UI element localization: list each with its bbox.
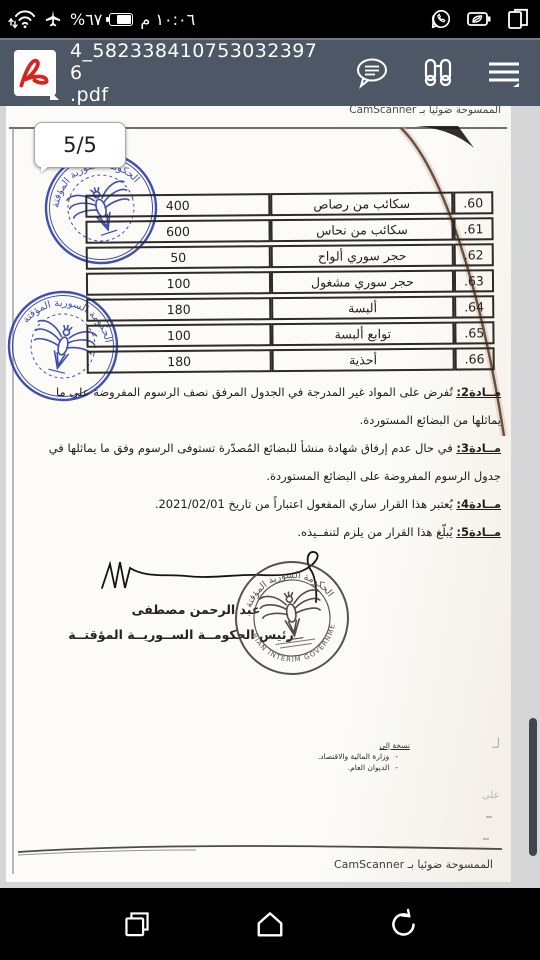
article-label: مــادة2: [456, 385, 501, 399]
status-right-group [430, 7, 540, 31]
item-fee: 600 [85, 219, 270, 244]
table-row: .65 توابع ألبسة 100 [86, 321, 494, 348]
article-text: يُبلّغ هذا القرار من يلزم لتنفــيذه. [297, 525, 452, 539]
article-label: مــادة3: [456, 441, 501, 455]
handwritten-signature [76, 548, 376, 606]
item-description: سكائب من رصاص [270, 192, 453, 217]
home-button[interactable] [242, 896, 298, 952]
android-nav-bar [0, 888, 540, 960]
dual-screen-icon [506, 7, 530, 31]
filename-line1: 4_5823384107530323976 [70, 40, 320, 84]
table-row: .66 أحذية 180 [87, 347, 495, 374]
article-text: يُعتبر هذا القرار ساري المفعول اعتباراً … [155, 497, 453, 511]
article-4: مــادة4: يُعتبر هذا القرار ساري المفعول … [30, 490, 501, 518]
whatsapp-notification-icon [430, 8, 452, 30]
item-description: حجر سوري مشغول [271, 270, 454, 295]
battery-saver-icon [466, 9, 492, 29]
article-label: مــادة4: [456, 497, 501, 511]
search-binoculars-button[interactable] [418, 53, 458, 93]
status-left-group: ١٠:٠٦ م ٦٧% [0, 7, 195, 31]
ink-bleed-artifact: لـ [492, 736, 500, 752]
wifi-icon [8, 7, 36, 31]
table-row: .62 حجر سوري ألواح 50 [86, 243, 494, 270]
page-number-indicator: 5/5 [34, 122, 126, 168]
toolbar-actions [352, 53, 540, 93]
article-label: مــادة5: [456, 525, 501, 539]
filename-line2: .pdf [70, 84, 320, 106]
pdf-file-icon [14, 50, 56, 96]
copy-recipient: وزارة المالية والاقتصاد. [256, 751, 398, 762]
article-2: مــادة2: تُفرض على المواد غير المدرجة في… [30, 378, 501, 434]
page-number-label: 5/5 [63, 133, 97, 157]
scanned-document-page: الممسوحة ضوئيا بـ CamScanner [6, 106, 511, 882]
item-description: ألبسة [271, 296, 454, 321]
item-description: أحذية [272, 348, 455, 373]
article-3: مــادة3: في حال عدم إرفاق شهادة منشأ للب… [30, 434, 501, 490]
airplane-mode-icon [43, 9, 63, 29]
pdf-viewer-toolbar: 4_5823384107530323976 .pdf [0, 38, 540, 106]
camscanner-watermark-top: الممسوحة ضوئيا بـ CamScanner [349, 106, 501, 116]
battery-percent: ٦٧% [70, 10, 102, 29]
signatory-title: رئيس الحكومــة الســوريــة المؤقتــة [36, 627, 326, 642]
signatory-name: عبد الرحمن مصطفى [66, 602, 326, 617]
status-bar: ١٠:٠٦ م ٦٧% [0, 0, 540, 38]
item-fee: 180 [87, 349, 272, 374]
document-title[interactable]: 4_5823384107530323976 .pdf [70, 40, 320, 106]
row-number: .62 [453, 243, 493, 266]
clock: ١٠:٠٦ م [140, 10, 195, 29]
item-description: حجر سوري ألواح [271, 244, 454, 269]
customs-fees-table: .60 سكائب من رصاص 400 .61 سكائب من نحاس … [85, 188, 495, 377]
copy-recipient: الديوان العام. [256, 762, 398, 773]
back-button[interactable] [375, 896, 431, 952]
row-number: .61 [453, 217, 493, 240]
item-fee: 180 [86, 297, 271, 322]
scrollbar-thumb[interactable] [529, 718, 537, 856]
table-row: .64 ألبسة 180 [86, 295, 494, 322]
row-number: .66 [454, 347, 494, 370]
table-row: .61 سكائب من نحاس 600 [85, 217, 493, 244]
item-fee: 100 [86, 323, 271, 348]
recents-button[interactable] [109, 896, 165, 952]
article-5: مــادة5: يُبلّغ هذا القرار من يلزم لتنفـ… [30, 518, 501, 546]
decree-articles: مــادة2: تُفرض على المواد غير المدرجة في… [30, 378, 501, 546]
scan-border-left [12, 128, 14, 874]
item-fee: 100 [86, 271, 271, 296]
camscanner-watermark-bottom: الممسوحة ضوئيا بـ CamScanner [334, 858, 493, 871]
table-row: .60 سكائب من رصاص 400 [85, 191, 493, 218]
row-number: .64 [454, 295, 494, 318]
battery-icon [109, 13, 133, 26]
distribution-list: نسخة إلى وزارة المالية والاقتصاد. الديوا… [256, 740, 424, 773]
row-number: .63 [454, 269, 494, 292]
item-fee: 400 [85, 193, 270, 218]
ink-bleed-artifact: على [482, 790, 500, 801]
item-description: توابع ألبسة [271, 322, 454, 347]
phone-screen: ١٠:٠٦ م ٦٧% [0, 0, 540, 960]
table-row: .63 حجر سوري مشغول 100 [86, 269, 494, 296]
item-description: سكائب من نحاس [270, 218, 453, 243]
menu-button[interactable] [484, 53, 524, 93]
article-text: في حال عدم إرفاق شهادة منشأ للبضائع المُ… [49, 441, 501, 483]
comments-button[interactable] [352, 53, 392, 93]
copies-header: نسخة إلى [256, 740, 410, 751]
pdf-page-viewer[interactable]: الممسوحة ضوئيا بـ CamScanner [0, 106, 540, 888]
row-number: .65 [454, 321, 494, 344]
item-fee: 50 [86, 245, 271, 270]
row-number: .60 [453, 191, 493, 214]
article-text: تُفرض على المواد غير المدرجة في الجدول ا… [56, 385, 501, 427]
